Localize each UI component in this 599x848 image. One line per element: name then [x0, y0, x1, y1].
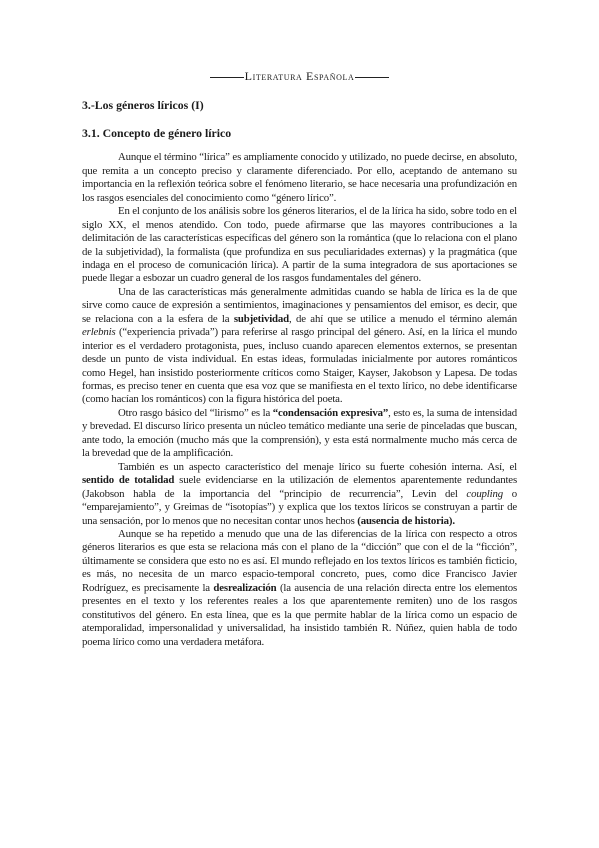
text-segment: desrealización	[213, 582, 276, 594]
text-segment: sentido de totalidad	[82, 474, 174, 486]
paragraph: Aunque se ha repetido a menudo que una d…	[82, 528, 517, 649]
text-segment: “condensación expresiva”	[273, 407, 388, 419]
paragraph: Otro rasgo básico del “lirismo” es la “c…	[82, 407, 517, 461]
paragraph: En el conjunto de los análisis sobre los…	[82, 205, 517, 286]
text-segment: También es un aspecto característico del…	[118, 461, 517, 473]
page-header: Literatura Española	[0, 70, 599, 82]
document-content: 3.-Los géneros líricos (I) 3.1. Concepto…	[82, 99, 517, 649]
text-segment: Otro rasgo básico del “lirismo” es la	[118, 407, 273, 419]
header-title: Literatura Española	[245, 70, 355, 82]
header-rule-right	[355, 77, 389, 78]
text-segment: (ausencia de historia).	[357, 515, 455, 527]
subsection-heading: 3.1. Concepto de género lírico	[82, 127, 517, 139]
paragraph: Una de las características más generalme…	[82, 286, 517, 407]
text-segment: erlebnis	[82, 326, 116, 338]
document-body: Aunque el término “lírica” es ampliament…	[82, 151, 517, 649]
section-heading: 3.-Los géneros líricos (I)	[82, 99, 517, 111]
document-page: Literatura Española 3.-Los géneros líric…	[0, 0, 599, 848]
text-segment: , de ahí que se utilice a menudo el térm…	[289, 313, 517, 325]
header-rule-left	[210, 77, 244, 78]
text-segment: (“experiencia privada”) para referirse a…	[82, 326, 517, 405]
text-segment: Aunque el término “lírica” es ampliament…	[82, 151, 517, 203]
text-segment: En el conjunto de los análisis sobre los…	[82, 205, 517, 284]
text-segment: coupling	[466, 488, 503, 500]
text-segment: subjetividad	[234, 313, 289, 325]
paragraph: Aunque el término “lírica” es ampliament…	[82, 151, 517, 205]
paragraph: También es un aspecto característico del…	[82, 461, 517, 528]
